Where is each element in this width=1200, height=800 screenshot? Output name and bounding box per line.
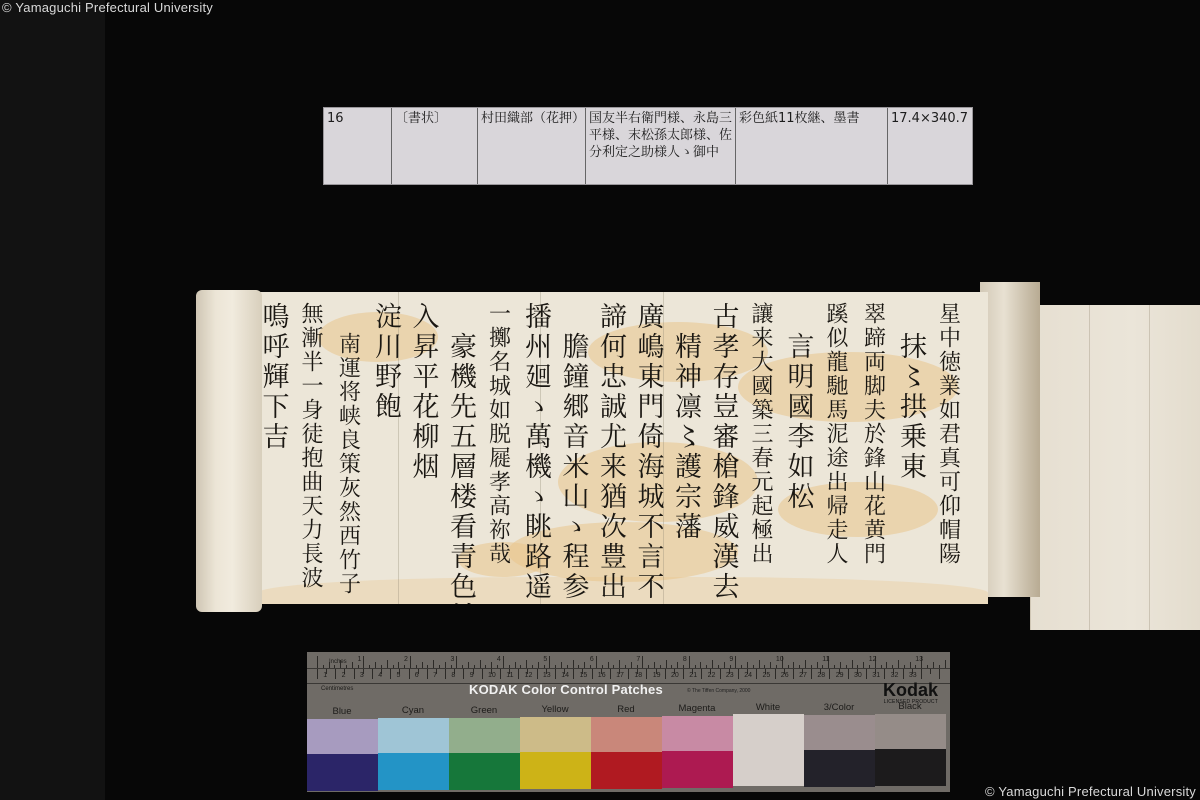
inch-mark: 9: [729, 656, 733, 663]
patch-light-3-color: [804, 715, 875, 750]
cm-mark: 21: [689, 672, 697, 679]
patch-light-magenta: [662, 716, 733, 751]
patch-label-yellow: Yellow: [520, 704, 590, 715]
scroll-text-column: 鳴呼輝下吉: [258, 302, 289, 452]
patch-light-blue: [307, 719, 378, 754]
scroll-text-column: 讓来大國築三春元起極出: [745, 302, 776, 566]
inch-mark: 3: [450, 656, 454, 663]
inch-mark: 5: [543, 656, 547, 663]
cm-mark: 24: [744, 672, 752, 679]
cm-mark: 6: [415, 672, 419, 679]
patch-dark-green: [449, 753, 520, 790]
cm-mark: 11: [506, 672, 513, 679]
patch-label-blue: Blue: [307, 706, 377, 717]
scroll-text-column: 淀川野飽: [370, 302, 401, 422]
cm-mark: 29: [836, 672, 844, 679]
cm-mark: 33: [909, 672, 917, 679]
scroll-text-column: 南運将峡良策灰然西竹子: [333, 332, 364, 596]
cm-mark: 7: [433, 672, 437, 679]
cm-mark: 30: [854, 672, 862, 679]
inch-mark: 8: [683, 656, 687, 663]
cm-mark: 5: [397, 672, 401, 679]
patch-label-magenta: Magenta: [662, 703, 732, 714]
patch-dark-yellow: [520, 752, 591, 789]
catalog-label: 16 〔書状〕 村田織部（花押） 国友半右衛門様、永島三平様、末松孫太郎様、佐分…: [323, 107, 973, 185]
scroll-text-column: 言明國李如松: [783, 332, 814, 512]
cm-mark: 10: [488, 672, 496, 679]
scroll-text-column: 廣嶋東門倚海城不言不: [633, 302, 664, 602]
cm-mark: 23: [726, 672, 734, 679]
scroll-text-column: 蹊似龍馳馬泥途出帰走人: [820, 302, 851, 566]
cm-mark: 1: [323, 672, 327, 679]
patch-light-black: [875, 714, 946, 749]
cm-mark: 8: [451, 672, 455, 679]
patch-light-green: [449, 718, 520, 753]
cm-mark: 17: [616, 672, 624, 679]
cm-mark: 27: [799, 672, 807, 679]
card-title: KODAK Color Control Patches: [469, 682, 663, 697]
patch-label-red: Red: [591, 704, 661, 715]
cm-mark: 22: [708, 672, 716, 679]
patch-label-3-color: 3/Color: [804, 702, 874, 713]
copyright-watermark-top: © Yamaguchi Prefectural University: [2, 0, 213, 15]
centimetres-label: Centimetres: [321, 686, 353, 692]
patch-light-yellow: [520, 717, 591, 752]
scroll-unrolled-sheet: [1030, 305, 1200, 630]
recipients: 国友半右衛門様、永島三平様、末松孫太郎様、佐分利定之助様人ゝ御中: [586, 108, 736, 184]
cm-mark: 12: [525, 672, 533, 679]
cm-mark: 19: [653, 672, 661, 679]
scroll-folded-edge: [980, 282, 1040, 597]
cm-mark: 28: [817, 672, 825, 679]
inch-mark: 10: [776, 656, 784, 663]
patch-light-red: [591, 717, 662, 752]
patch-white: [733, 714, 804, 786]
scroll-paper: 星中徳業如君真可仰帽陽抹〻拱乗東翠蹄両脚夫於鋒山花黄門蹊似龍馳馬泥途出帰走人言明…: [258, 292, 988, 604]
scroll-text-column: 古孝存豈審槍鋒威漢去: [708, 302, 739, 602]
cm-mark: 20: [671, 672, 679, 679]
patch-label-black: Black: [875, 701, 945, 712]
inch-mark: 13: [915, 656, 923, 663]
scroll-text-column: 抹〻拱乗東: [895, 332, 926, 482]
author: 村田織部（花押）: [478, 108, 586, 184]
inches-label: Inches: [329, 659, 347, 665]
cm-mark: 16: [598, 672, 606, 679]
inch-mark: 1: [357, 656, 361, 663]
patch-dark-3-color: [804, 750, 875, 787]
kodak-color-card: Inches Centimetres 123456789101112131415…: [307, 652, 950, 792]
copyright-watermark-bottom: © Yamaguchi Prefectural University: [985, 784, 1196, 799]
dimensions: 17.4×340.7: [888, 108, 972, 184]
catalog-number: 16: [324, 108, 392, 184]
cm-mark: 26: [781, 672, 789, 679]
brand-name: Kodak: [883, 680, 938, 700]
patch-label-cyan: Cyan: [378, 705, 448, 716]
scroll-text-column: 播州廻ゝ萬機ゝ眺路遥: [520, 302, 551, 602]
patch-dark-magenta: [662, 751, 733, 788]
scroll-text-column: 星中徳業如君真可仰帽陽: [933, 302, 964, 566]
document-type: 〔書状〕: [392, 108, 478, 184]
inch-mark: 2: [404, 656, 408, 663]
cm-mark: 31: [872, 672, 880, 679]
cm-mark: 25: [763, 672, 771, 679]
patch-dark-red: [591, 752, 662, 789]
cm-mark: 3: [360, 672, 364, 679]
inch-mark: 6: [590, 656, 594, 663]
scroll-text-column: 膽鐘郷音米山ゝ程参: [558, 332, 589, 602]
scroll-text-column: 豪機先五層楼看青色錦: [445, 332, 476, 604]
scroll-text-column: 無漸半一身徒抱曲天力長波: [295, 302, 326, 590]
patch-label-white: White: [733, 702, 803, 713]
ruler: Inches Centimetres 123456789101112131415…: [307, 655, 950, 684]
backdrop-left: [0, 0, 105, 800]
inch-mark: 4: [497, 656, 501, 663]
scroll-text-column: 翠蹄両脚夫於鋒山花黄門: [858, 302, 889, 566]
patch-dark-blue: [307, 754, 378, 791]
cm-mark: 14: [561, 672, 569, 679]
scroll-text-column: 入昇平花柳烟: [408, 302, 439, 482]
scroll-text-column: 精神凛〻護宗藩: [670, 332, 701, 542]
patch-label-green: Green: [449, 705, 519, 716]
card-copyright: © The Tiffen Company, 2000: [687, 688, 750, 694]
scroll-text-column: 一擲名城如脱屣孝高祢哉: [483, 302, 514, 566]
patch-dark-cyan: [378, 753, 449, 790]
inch-mark: 7: [636, 656, 640, 663]
scroll-text-column: 諦何忠誠尤来猶次豊出: [595, 302, 626, 602]
cm-mark: 15: [580, 672, 588, 679]
material: 彩色紙11枚継、墨書: [736, 108, 888, 184]
patch-light-cyan: [378, 718, 449, 753]
cm-mark: 9: [470, 672, 474, 679]
cm-mark: 2: [342, 672, 346, 679]
inch-mark: 11: [822, 656, 829, 663]
cm-mark: 13: [543, 672, 551, 679]
inch-mark: 12: [869, 656, 877, 663]
cm-mark: 32: [891, 672, 899, 679]
scroll-roller: [196, 290, 262, 612]
cm-mark: 4: [378, 672, 382, 679]
cm-mark: 18: [634, 672, 642, 679]
patch-dark-black: [875, 749, 946, 786]
